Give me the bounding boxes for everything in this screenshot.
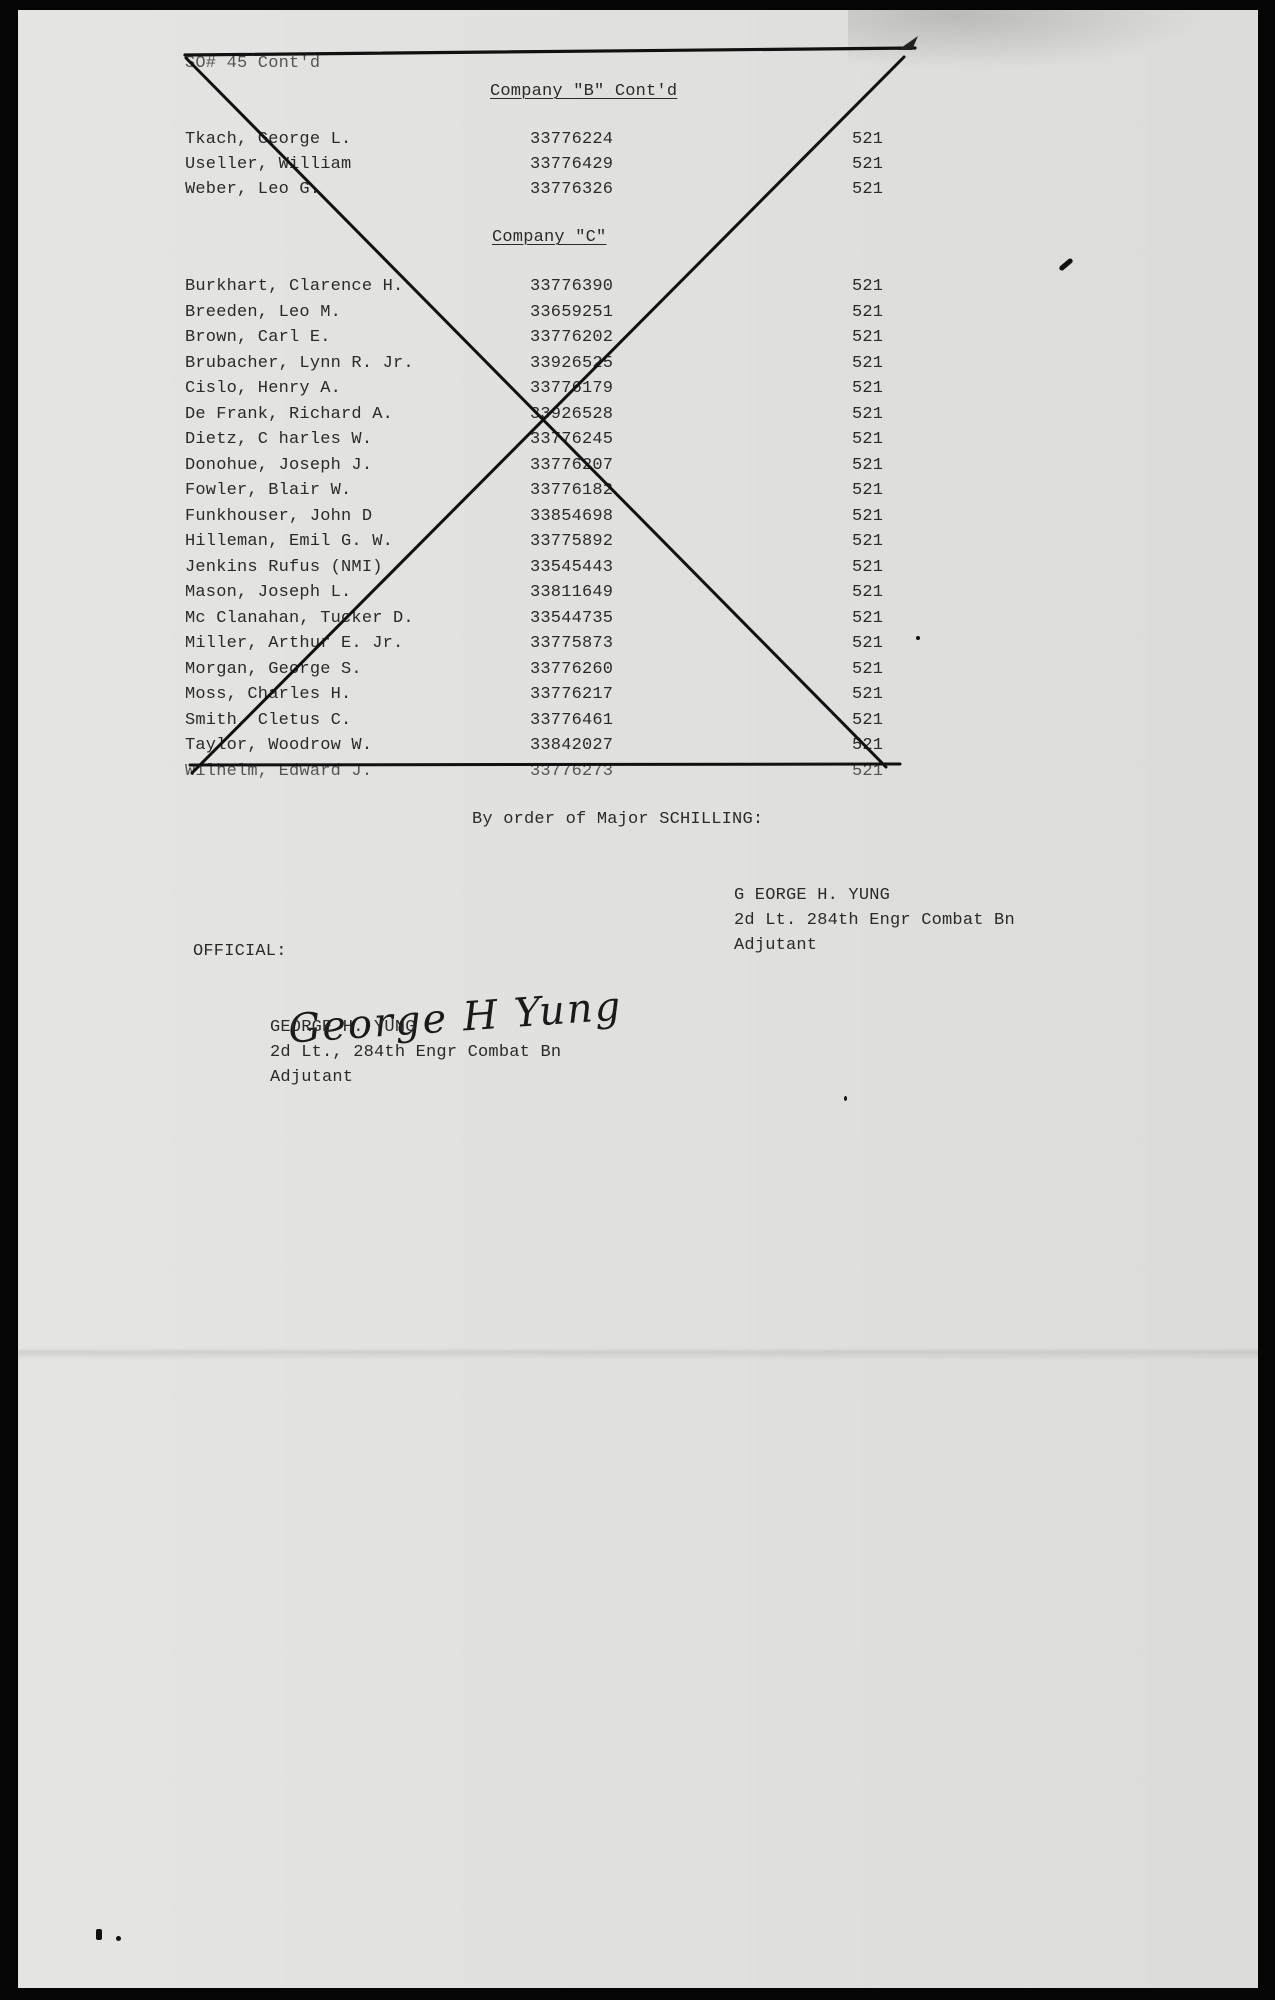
ink-dot [116, 1936, 121, 1941]
order-line: By order of Major SCHILLING: [472, 810, 763, 830]
command-signature-name: G EORGE H. YUNG [734, 886, 890, 906]
cross-out-marks [18, 10, 1258, 810]
official-name: GEORGE H. YUNG [270, 1018, 416, 1038]
command-signature-role: Adjutant [734, 936, 817, 956]
document-page: SO# 45 Cont'd Company "B" Cont'd Tkach, … [18, 10, 1258, 1988]
official-role: Adjutant [270, 1068, 353, 1088]
ink-dot [844, 1096, 847, 1101]
official-title: 2d Lt., 284th Engr Combat Bn [270, 1043, 561, 1063]
official-label: OFFICIAL: [193, 942, 287, 962]
command-signature-title: 2d Lt. 284th Engr Combat Bn [734, 911, 1015, 931]
ink-mark [96, 1929, 102, 1940]
ink-dot [916, 636, 920, 640]
